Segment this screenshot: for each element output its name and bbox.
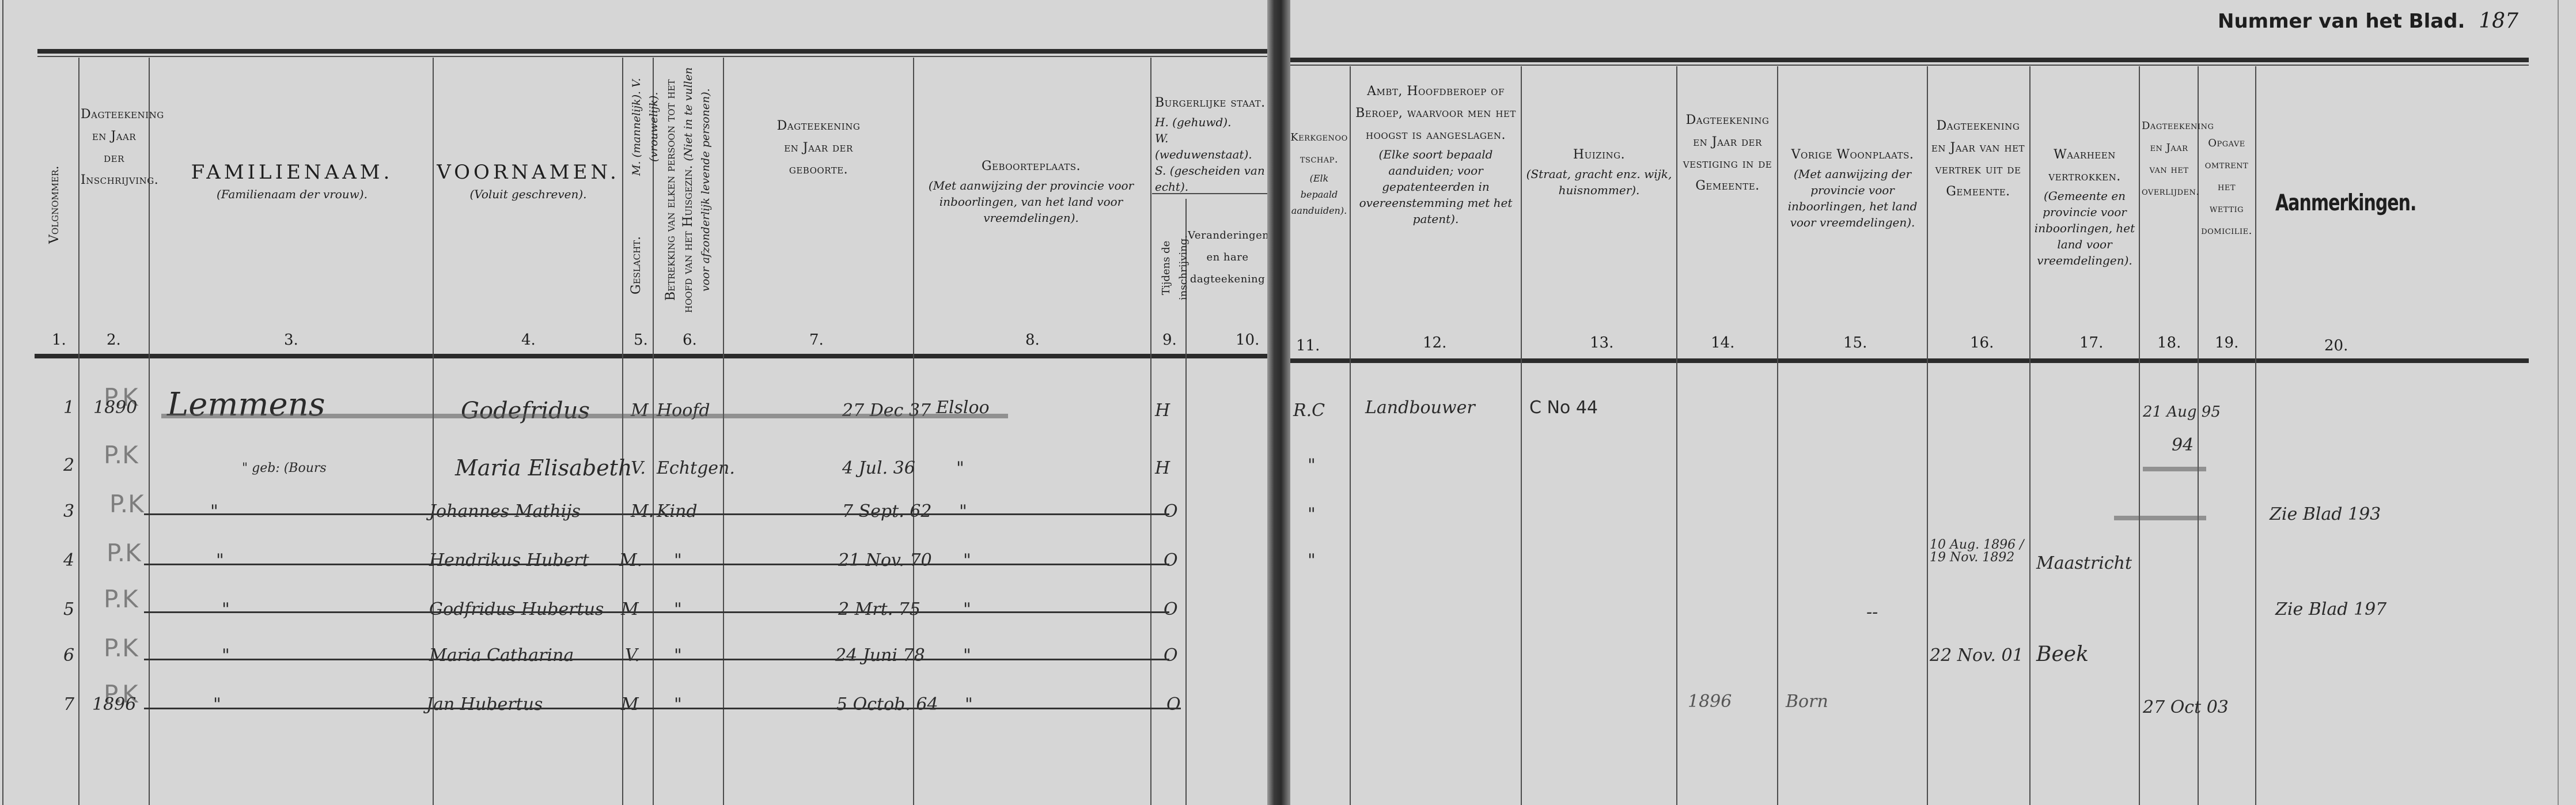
row-3-pencil-mark: P.K <box>109 490 144 518</box>
row-3-betrekking: Kind <box>657 501 698 521</box>
column-number: 5. <box>634 331 648 349</box>
top-rule-thin <box>1290 65 2529 66</box>
row-4-staat: O <box>1164 550 1178 570</box>
row-5-geslacht: M <box>621 599 639 619</box>
column-number: 3. <box>284 331 298 349</box>
row-6-geboorteplaats: " <box>963 645 971 666</box>
row-3-voornamen: Johannes Mathijs <box>429 501 581 521</box>
row-2-volgnummer: 2 <box>63 455 74 475</box>
header-huizing: Huizing. (Straat, gracht enz. wijk, huis… <box>1524 144 1675 198</box>
row-6-familienaam: " <box>222 645 230 666</box>
sheet-number-label: Nummer van het Blad. 187 <box>2218 9 2518 33</box>
row-4-waarheen: Maastricht <box>2036 553 2132 573</box>
page-edge <box>2558 0 2559 805</box>
row-4-strikethrough <box>144 564 1169 565</box>
column-number: 19. <box>2215 334 2238 352</box>
row-2-overlijden: 94 <box>2172 435 2194 455</box>
column-number: 18. <box>2157 334 2181 352</box>
column-divider <box>1350 66 1351 805</box>
header-familienaam-title: FAMILIENAAM. <box>191 161 393 184</box>
row-5-aanmerkingen: Zie Blad 197 <box>2275 599 2386 619</box>
row-3-strikethrough <box>144 513 1169 515</box>
column-number: 12. <box>1423 334 1446 352</box>
row-2-geboorteplaats: " <box>956 458 964 478</box>
header-bottom-rule <box>35 354 1267 358</box>
row-2-familienaam: " geb: (Bours <box>242 461 327 475</box>
header-volgnommer: Volgnommer. <box>46 133 63 277</box>
header-voornamen-note: (Voluit geschreven). <box>435 186 622 202</box>
row-5-staat: O <box>1164 599 1178 619</box>
row-1-overlijden: 21 Aug 95 <box>2143 403 2221 421</box>
header-domicilie: Opgave omtrent het wettig domicilie. <box>2199 133 2254 242</box>
row-7-staat: O <box>1166 694 1181 715</box>
row-5-geboorteplaats: " <box>963 599 971 619</box>
row-2-overlijden-strikethrough <box>2143 467 2206 471</box>
top-rule <box>1290 58 2529 62</box>
row-7-familienaam: " <box>213 694 221 715</box>
column-divider <box>2255 66 2256 805</box>
column-number: 15. <box>1843 334 1867 352</box>
column-divider <box>1927 66 1928 805</box>
header-bottom-rule <box>1290 358 2529 363</box>
row-5-voornamen: Godfridus Hubertus <box>429 599 604 619</box>
row-5-vorige-woonplaats: -- <box>1866 602 1878 622</box>
header-tijdens-inschrijving: Tijdens de inschrijving. <box>1158 225 1192 311</box>
book-spine <box>1267 0 1290 805</box>
row-5-volgnummer: 5 <box>63 599 74 619</box>
column-number: 2. <box>107 331 121 349</box>
header-geboorte: Dagteekening en Jaar der geboorte. <box>727 115 910 181</box>
header-inschrijving: Dagteekening en Jaar der Inschrijving. <box>81 104 147 191</box>
row-4-geslacht: M. <box>619 550 642 570</box>
column-divider <box>1777 66 1778 805</box>
left-page: Volgnommer. Dagteekening en Jaar der Ins… <box>0 0 1267 805</box>
column-divider <box>622 58 623 805</box>
row-1-inschrijving: 1890 <box>93 398 137 418</box>
row-1-voornamen: Godefridus <box>461 398 590 424</box>
row-5-familienaam: " <box>222 599 230 619</box>
top-rule-thin <box>37 56 1267 57</box>
row-7-geboorte: 5 Octob. 64 <box>836 694 938 715</box>
row-1-kerk: R.C <box>1293 400 1325 421</box>
row-7-geslacht: M <box>621 694 639 715</box>
header-geboorteplaats: Geboorteplaats. (Met aanwijzing der prov… <box>916 156 1146 226</box>
column-divider <box>2198 66 2199 805</box>
column-divider <box>2029 66 2031 805</box>
column-divider <box>2139 66 2140 805</box>
row-1-staat: H <box>1155 400 1170 421</box>
column-divider <box>1676 66 1677 805</box>
column-number: 14. <box>1711 334 1734 352</box>
row-2-staat: H <box>1155 458 1170 478</box>
row-6-staat: O <box>1164 645 1178 666</box>
header-veranderingen: Veranderingen en hare dagteekening <box>1188 225 1267 290</box>
row-6-voornamen: Maria Catharina <box>429 645 574 666</box>
header-beroep: Ambt, Hoofdberoep of Beroep, waarvoor me… <box>1354 81 1518 227</box>
column-number: 4. <box>521 331 536 349</box>
column-divider <box>78 58 79 805</box>
column-number: 20. <box>2324 337 2348 354</box>
header-voornamen-title: VOORNAMEN. <box>437 161 620 184</box>
row-2-pencil-mark: P.K <box>104 441 138 469</box>
header-betrekking: Betrekking van elken persoon tot het hoo… <box>662 63 714 317</box>
row-7-overlijden: 27 Oct 03 <box>2143 697 2229 717</box>
column-divider <box>2 0 3 805</box>
row-4-volgnummer: 4 <box>63 550 74 570</box>
row-2-geslacht: V. <box>631 458 646 478</box>
row-3-aanmerkingen: Zie Blad 193 <box>2270 504 2381 524</box>
header-vorige-woonplaats: Vorige Woonplaats. (Met aanwijzing der p… <box>1780 144 1925 230</box>
row-4-geboorteplaats: " <box>963 550 971 570</box>
row-7-inschrijving: 1896 <box>92 694 136 715</box>
column-divider <box>1150 58 1151 805</box>
row-4-voornamen: Hendrikus Hubert <box>429 550 589 570</box>
column-number: 1. <box>52 331 66 349</box>
row-1-volgnummer: 1 <box>63 398 74 418</box>
right-page: Nummer van het Blad. 187 Kerkgenootschap… <box>1290 0 2576 805</box>
row-2-betrekking: Echtgen. <box>657 458 735 478</box>
row-3-overlijden-strikethrough <box>2114 516 2206 520</box>
header-vertrek: Dagteekening en Jaar van het vertrek uit… <box>1929 115 2028 203</box>
header-aanmerkingen: Aanmerkingen. <box>2275 190 2416 217</box>
header-vestiging: Dagteekening en Jaar der vestiging in de… <box>1679 109 1776 197</box>
row-6-volgnummer: 6 <box>63 645 74 666</box>
row-7-voornamen: Jan Hubertus <box>426 694 543 715</box>
column-number: 10. <box>1236 331 1259 349</box>
top-rule <box>37 49 1267 54</box>
row-6-geslacht: V. <box>625 645 640 666</box>
row-6-vertrek: 22 Nov. 01 <box>1930 645 2024 666</box>
column-divider <box>723 58 724 805</box>
row-7-volgnummer: 7 <box>63 694 74 715</box>
header-voornamen: VOORNAMEN. (Voluit geschreven). <box>435 161 622 202</box>
row-7-geboorteplaats: " <box>965 694 973 715</box>
column-divider <box>149 58 150 805</box>
column-number: 16. <box>1970 334 1994 352</box>
row-4-pencil-mark: P.K <box>107 539 141 567</box>
row-7-strikethrough <box>144 708 1181 709</box>
row-5-pencil-mark: P.K <box>104 585 138 613</box>
row-4-kerk: " <box>1308 550 1316 570</box>
column-number: 6. <box>683 331 697 349</box>
row-7-betrekking: " <box>674 694 682 715</box>
header-geslacht: Geslacht. <box>628 213 645 317</box>
column-number: 11. <box>1296 337 1320 354</box>
row-3-staat: O <box>1164 501 1178 521</box>
row-3-geboorte: 7 Sept. 62 <box>842 501 931 521</box>
column-number: 13. <box>1590 334 1613 352</box>
sheet-number-title: Nummer van het Blad. <box>2218 10 2465 33</box>
row-1-strikethrough <box>161 414 1008 418</box>
header-burgerlijke-staat: Burgerlijke staat. H. (gehuwd). W. (wedu… <box>1155 92 1267 195</box>
column-divider <box>913 58 914 805</box>
row-1-huizing: C No 44 <box>1529 398 1598 418</box>
row-5-strikethrough <box>144 611 1169 613</box>
column-divider <box>1521 66 1522 805</box>
header-overlijden: Dagteekening en Jaar van het overlijden. <box>2142 115 2196 203</box>
row-6-strikethrough <box>144 659 1169 660</box>
row-3-kerk: " <box>1308 504 1316 524</box>
row-1-beroep: Landbouwer <box>1365 398 1475 418</box>
sheet-number-value: 187 <box>2479 9 2518 33</box>
row-7-vorige-woonplaats: Born <box>1786 691 1828 712</box>
row-3-geboorteplaats: " <box>959 501 967 521</box>
column-number: 17. <box>2079 334 2103 352</box>
row-6-geboorte: 24 Juni 78 <box>835 645 925 666</box>
header-familienaam: FAMILIENAAM. (Familienaam der vrouw). <box>151 161 433 202</box>
row-5-geboorte: 2 Mrt. 75 <box>838 599 920 619</box>
row-5-betrekking: " <box>674 599 682 619</box>
row-6-waarheen: Beek <box>2036 643 2089 666</box>
row-6-betrekking: " <box>674 645 682 666</box>
row-4-geboorte: 21 Nov. 70 <box>838 550 932 570</box>
header-kerkgenootschap: Kerkgenootschap. (Elk bepaald aanduiden)… <box>1290 127 1348 219</box>
header-waarheen: Waarheen vertrokken. (Gemeente en provin… <box>2032 144 2137 269</box>
column-number: 9. <box>1162 331 1177 349</box>
row-4-familienaam: " <box>216 550 224 570</box>
header-geslacht-note: M. (mannelijk). V. (vrouwelijk). <box>628 63 662 190</box>
row-3-volgnummer: 3 <box>63 501 74 521</box>
column-number: 8. <box>1025 331 1040 349</box>
row-3-geslacht: M. <box>631 501 654 521</box>
column-number: 7. <box>809 331 824 349</box>
row-2-voornamen: Maria Elisabeth <box>455 455 632 481</box>
row-2-kerk: " <box>1308 455 1316 475</box>
row-7-vestiging: 1896 <box>1688 691 1732 712</box>
row-3-familienaam: " <box>210 501 218 521</box>
row-4-betrekking: " <box>674 550 682 570</box>
header-familienaam-note: (Familienaam der vrouw). <box>151 186 433 202</box>
row-6-pencil-mark: P.K <box>104 634 138 662</box>
row-4-vertrek: 10 Aug. 1896 / 19 Nov. 1892 <box>1930 539 2028 564</box>
row-2-geboorte: 4 Jul. 36 <box>842 458 915 478</box>
